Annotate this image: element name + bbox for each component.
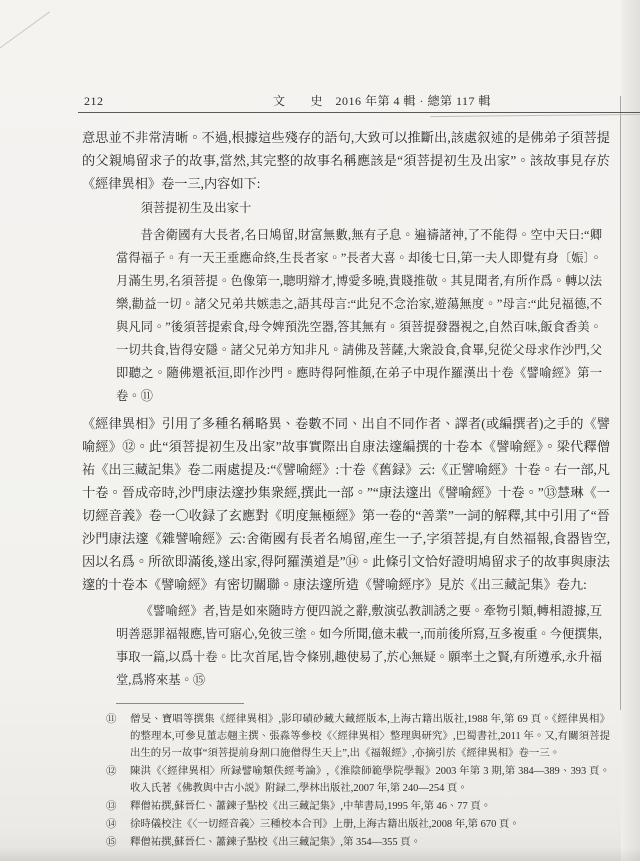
footnote-text: 陳洪《〈經律異相〉所録譬喻類佚經考論》,《淮陰師範學院學報》2003 年第 3 …	[130, 763, 610, 797]
footnote-15: ⑮ 釋僧祐撰,蘇晉仁、蕭鍊子點校《出三藏記集》,第 354—355 頁。	[106, 834, 610, 851]
footnote-text: 釋僧祐撰,蘇晉仁、蕭鍊子點校《出三藏記集》,第 354—355 頁。	[130, 834, 610, 851]
page-edge-line	[620, 96, 621, 710]
footnote-11: ⑪ 僧旻、寶唱等撰集《經律異相》,影印磧砂藏大藏經版本,上海古籍出版社,1988…	[106, 711, 610, 762]
scan-right-shade	[621, 0, 640, 861]
footnote-marker: ⑬	[106, 798, 130, 815]
footnote-marker: ⑭	[106, 816, 130, 833]
header-rule	[78, 112, 640, 113]
corner-crease-line	[0, 11, 50, 49]
journal-title: 文 史 2016 年第 4 輯 · 總第 117 輯	[174, 92, 590, 109]
footnote-text: 僧旻、寶唱等撰集《經律異相》,影印磧砂藏大藏經版本,上海古籍出版社,1988 年…	[130, 711, 610, 762]
footnote-marker: ⑮	[106, 834, 130, 851]
scanned-book-page: 212 文 史 2016 年第 4 輯 · 總第 117 輯 意思並不非常清晰。…	[0, 0, 640, 861]
quote2-body: 《譬喻經》者,皆是如來隨時方便四説之辭,敷演弘教訓誘之要。牽物引類,轉相證據,互…	[116, 600, 602, 692]
footnote-text: 徐時儀校注《〈一切經音義〉三種校本合刊》上册,上海古籍出版社,2008 年,第 …	[130, 816, 610, 833]
header-rule-ghost	[430, 114, 640, 117]
quote1-body: 昔舍衛國有大長者,名曰鳩留,財富無數,無有子息。遍禱諸神,了不能得。空中天曰:“…	[116, 224, 602, 408]
paragraph-intro: 意思並不非常清晰。不過,根據這些殘存的語句,大致可以推斷出,該處叙述的是佛弟子須…	[82, 126, 610, 195]
page-number: 212	[84, 94, 174, 109]
footnote-13: ⑬ 釋僧祐撰,蘇晉仁、蕭鍊子點校《出三藏記集》,中華書局,1995 年,第 46…	[106, 798, 610, 815]
footnote-separator	[116, 703, 244, 704]
footnote-marker: ⑫	[106, 763, 130, 780]
footnote-text: 釋僧祐撰,蘇晉仁、蕭鍊子點校《出三藏記集》,中華書局,1995 年,第 46、7…	[130, 798, 610, 815]
paragraph-analysis: 《經律異相》引用了多種名稱略異、卷數不同、出自不同作者、譯者(或編撰者)之手的《…	[82, 412, 610, 596]
text-column: 意思並不非常清晰。不過,根據這些殘存的語句,大致可以推斷出,該處叙述的是佛弟子須…	[82, 126, 610, 852]
footnotes-block: ⑪ 僧旻、寶唱等撰集《經律異相》,影印磧砂藏大藏經版本,上海古籍出版社,1988…	[82, 711, 610, 851]
running-header: 212 文 史 2016 年第 4 輯 · 總第 117 輯	[84, 92, 590, 109]
quote1-title: 須菩提初生及出家十	[116, 197, 602, 220]
footnote-14: ⑭ 徐時儀校注《〈一切經音義〉三種校本合刊》上册,上海古籍出版社,2008 年,…	[106, 816, 610, 833]
footnote-marker: ⑪	[106, 711, 130, 728]
footnote-12: ⑫ 陳洪《〈經律異相〉所録譬喻類佚經考論》,《淮陰師範學院學報》2003 年第 …	[106, 763, 610, 797]
